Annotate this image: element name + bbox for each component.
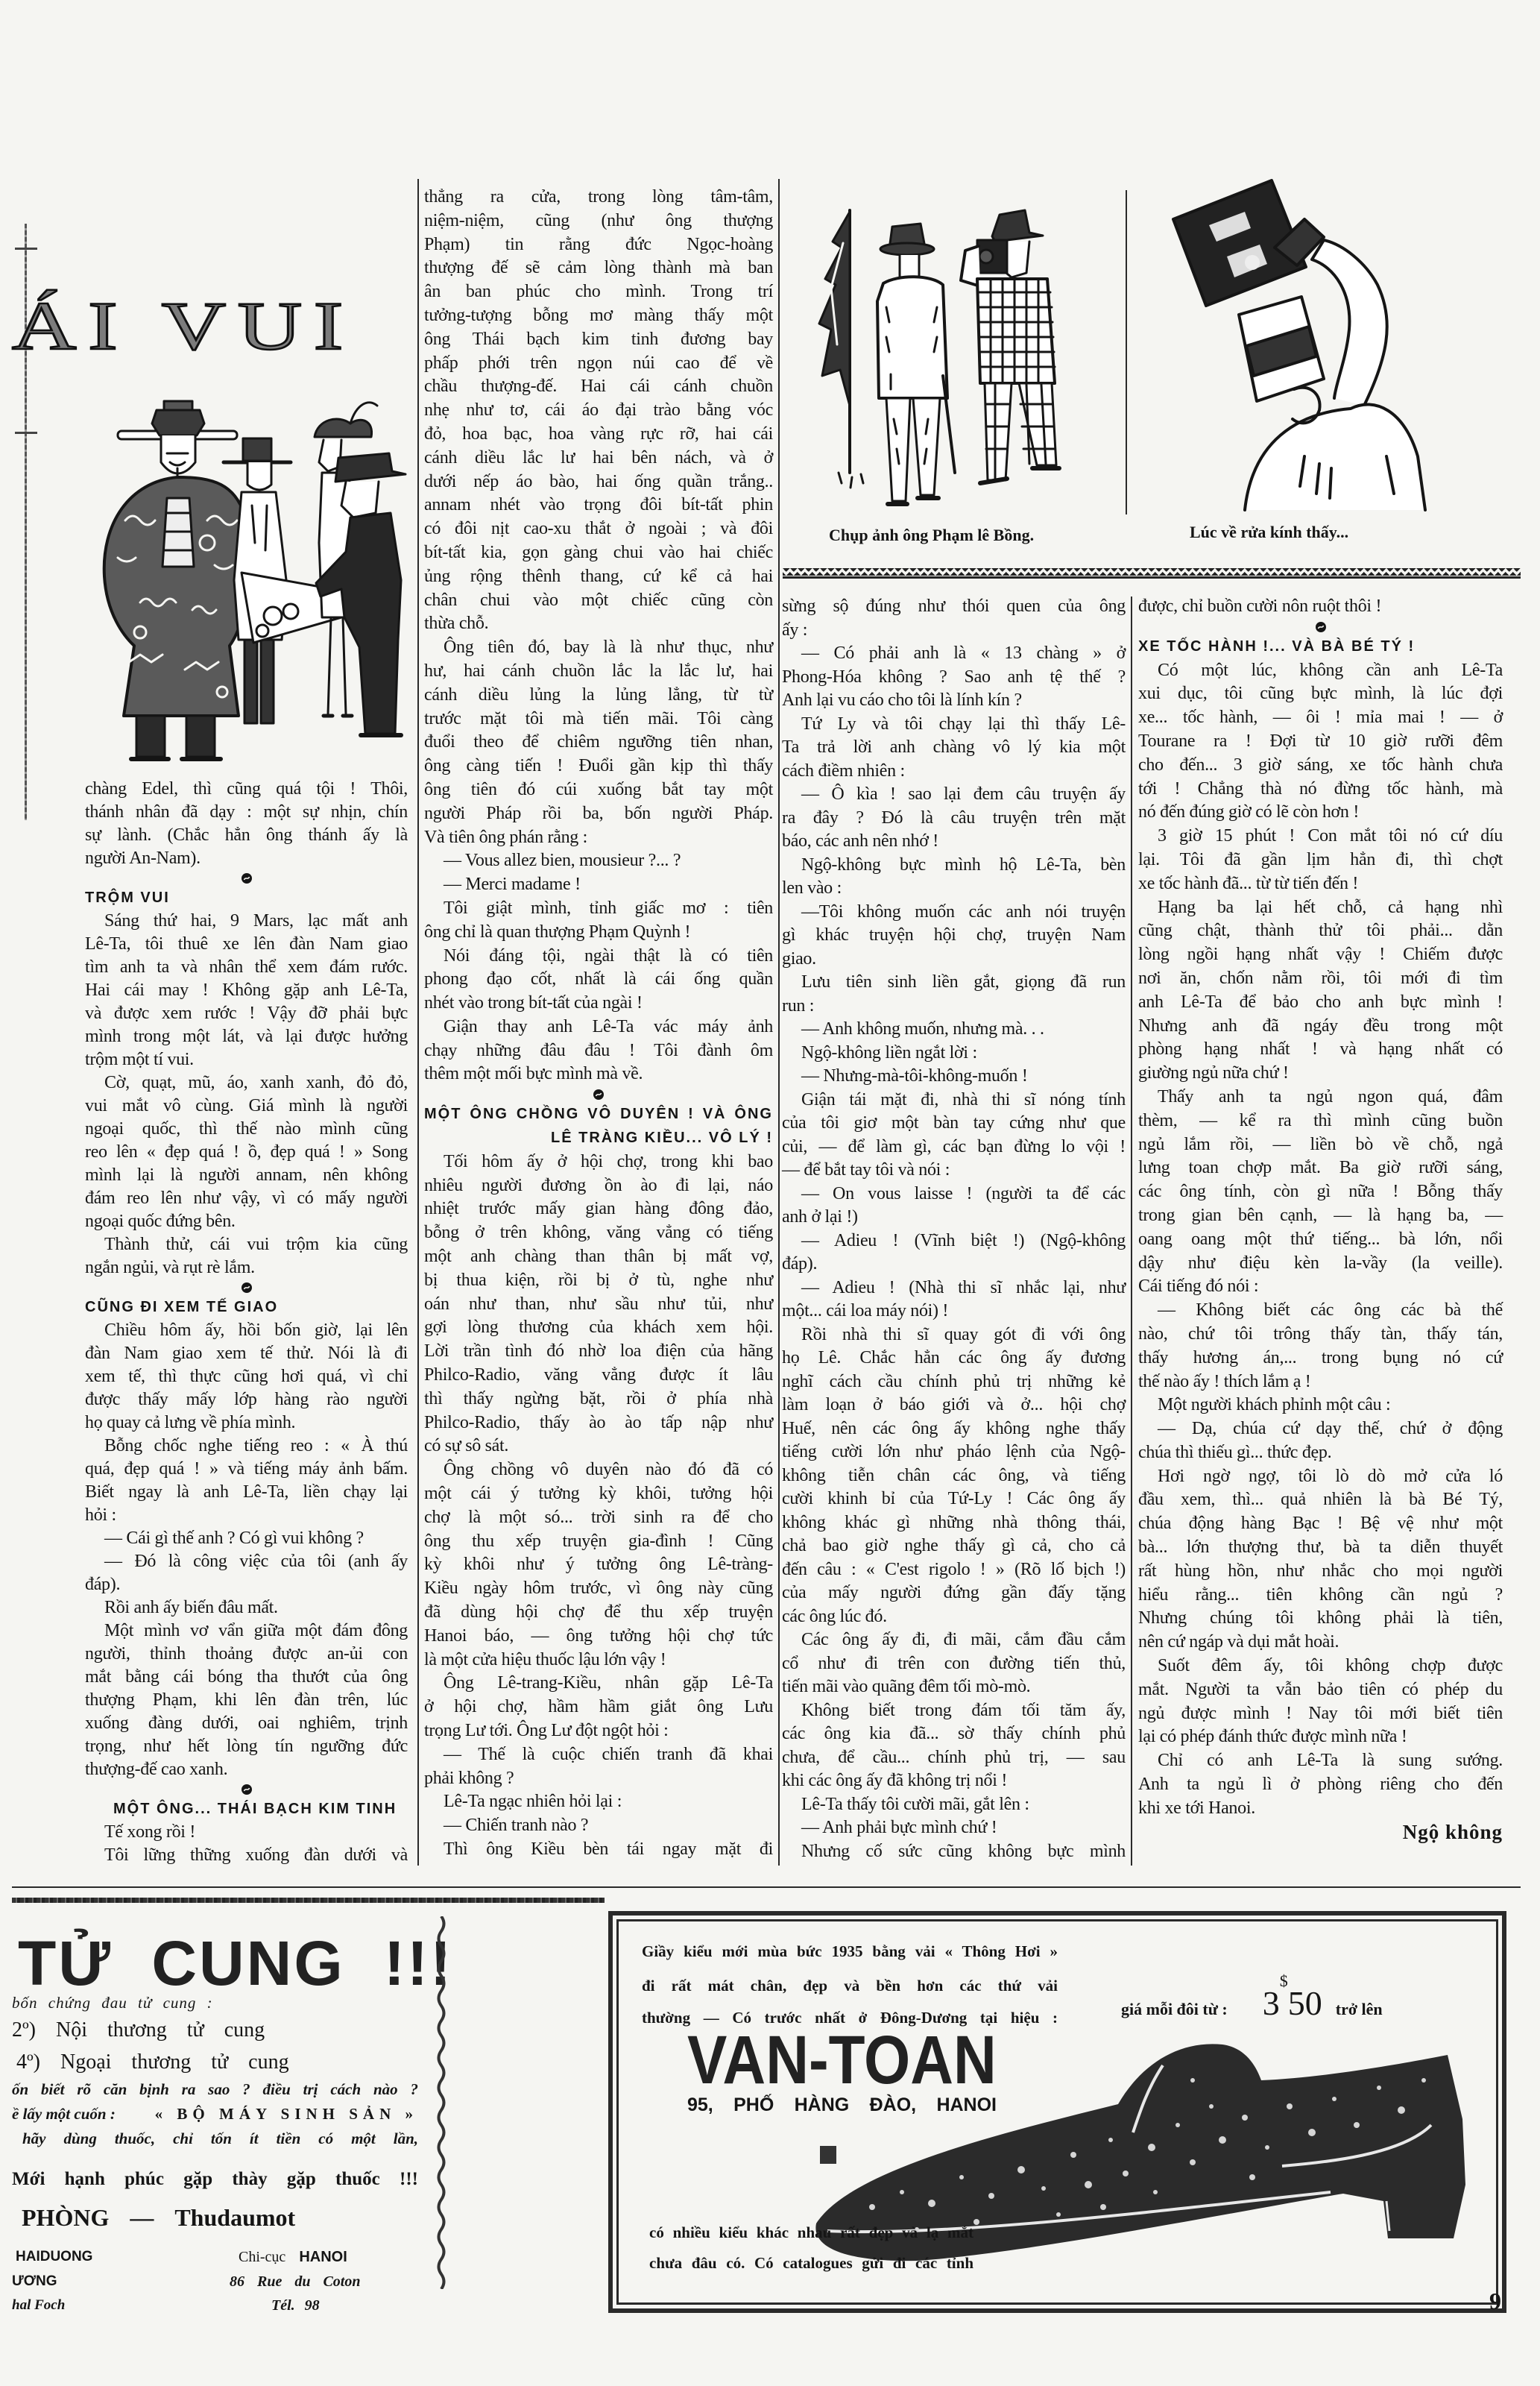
- price-minor: 50: [1288, 1984, 1322, 2022]
- text-line: cười khinh bỉ của Tứ-Ly ! Các ông ấy: [782, 1488, 1126, 1511]
- text-line: cho đến... 3 giờ sáng, xe tốc hành chưa: [1138, 754, 1503, 778]
- text-line: nào, chứ tôi trông thấy tàn, thấy tán,: [1138, 1323, 1503, 1347]
- column-2: thẳng ra cửa, trong lòng tâm-tâm,niệm-ni…: [424, 186, 773, 1862]
- text-line: mắt. Người ta vẫn bảo tiên có phép du: [1138, 1678, 1503, 1702]
- text-line: xem tế, thì thực cũng hơi quá, vì chỉ: [85, 1365, 408, 1388]
- text-line: Lưu tiên sinh liền gắt, giọng đã run: [782, 971, 1126, 995]
- text-line: chả bao giờ nghe thấy gì cả, cho cả: [782, 1534, 1126, 1558]
- text-line: — Không biết các ông các bà thế: [1138, 1299, 1503, 1323]
- text-line: Tôi lững thững xuống đàn dưới và: [85, 1844, 408, 1867]
- text-line: len vào :: [782, 877, 1126, 901]
- text-line: hư, hai cánh chuồn lắc la lắc lư, hai: [424, 660, 773, 684]
- text-line: tiến mãi vào quãng đêm tối mò-mò.: [782, 1675, 1126, 1699]
- text-line: chúa thì thiếu gì... thức đẹp.: [1138, 1441, 1503, 1465]
- column-4: được, chỉ buồn cười nôn ruột thôi !XE TỐ…: [1138, 595, 1503, 1844]
- text-line: Tourane ra ! Đợi từ 10 giờ rưỡi đêm: [1138, 730, 1503, 754]
- text-line: nó đến đúng giờ có lẽ còn hơn !: [1138, 801, 1503, 825]
- text-line: chưa, để cầu... chính phủ trị, — sau: [782, 1746, 1126, 1770]
- text-line: ngoại quốc đứng bên.: [85, 1210, 408, 1233]
- text-line: Nói đáng tội, ngài thật là có tiên: [424, 945, 773, 969]
- cartoon-caption-right: Lúc về rửa kính thấy...: [1190, 522, 1348, 543]
- photographer-cartoon-illustration: [809, 195, 1107, 523]
- ad-top-border: [12, 1898, 605, 1903]
- text-line: lại có phép đánh thức được mình nữa !: [1138, 1725, 1503, 1749]
- text-line: Thành thử, cái vui trộm kia cũng: [85, 1233, 408, 1256]
- text-line: trong gian bên cạnh, — là hạng ba, —: [1138, 1204, 1503, 1228]
- text-line: bị thua kiện, rồi bị ở tù, nghe như: [424, 1269, 773, 1293]
- column-divider: [778, 179, 780, 1866]
- text-line: một... cái loa máy nói) !: [782, 1300, 1126, 1323]
- text-line: Huế, nên các ông ấy không nghe thấy: [782, 1417, 1126, 1441]
- ornament-icon: [85, 1279, 408, 1296]
- text-line: Lê-Ta ngạc nhiên hỏi lại :: [424, 1790, 773, 1814]
- text-line: 3 giờ 15 phút ! Con mắt tôi nó cứ díu: [1138, 825, 1503, 849]
- text-line: chầu thượng-đế. Hai cái cánh chuồn: [424, 375, 773, 399]
- text-line: đỏ, hoa bạc, hoa vàng rực rỡ, hai cái: [424, 423, 773, 447]
- text-line: các ông lúc đó.: [782, 1605, 1126, 1629]
- ad-intro-line: Giầy kiểu mới mùa bức 1935 bằng vải « Th…: [642, 1942, 1058, 1961]
- text-line: dậy như điệu kèn la-vầy (la veille).: [1138, 1252, 1503, 1276]
- text-line: được thấy mấy lớp hàng rào người: [85, 1388, 408, 1411]
- text-line: cách điềm nhiên :: [782, 760, 1126, 784]
- ad-outro-line: có nhiều kiểu khác nhau rất đẹp và lạ mắ…: [649, 2223, 973, 2242]
- ad-book-title: « BỘ MÁY SINH SẢN »: [155, 2103, 418, 2124]
- text-line: đầu xem, thì... quả nhiên là bà Bé Tý,: [1138, 1488, 1503, 1512]
- section-heading: CŨNG ĐI XEM TẾ GIAO: [85, 1296, 408, 1319]
- text-line: nghĩ cách cầu chính phủ trị những kẻ: [782, 1370, 1126, 1394]
- text-line: oang oang một thứ tiếng... bà lớn, nổi: [1138, 1228, 1503, 1252]
- text-line: họ quay cả lưng về phía mình.: [85, 1411, 408, 1435]
- price-major: 3: [1263, 1984, 1280, 2022]
- text-line: họ Lê. Chắc hẳn các ông ấy đương: [782, 1347, 1126, 1370]
- text-line: — On vous laisse ! (người ta để các: [782, 1183, 1126, 1206]
- text-line: bà... lớn thượng thư, bà ta diễn thuyết: [1138, 1536, 1503, 1560]
- text-line: các ông tính, còn gì nữa ! Bỗng thấy: [1138, 1180, 1503, 1204]
- text-line: đến câu : « C'est rigolo ! » (Rõ lố bịch…: [782, 1558, 1126, 1582]
- text-line: ngủ lắm rồi, — liền bò về chỗ, ngả: [1138, 1133, 1503, 1157]
- text-line: cũng chật, thành thử tôi phải... dằn: [1138, 919, 1503, 943]
- text-line: Có một lúc, không cần anh Lê-Ta: [1138, 659, 1503, 683]
- text-line: đuổi theo để chiêm ngưỡng tiên nhan,: [424, 731, 773, 755]
- text-line: ngắn ngủi, và rụt rè lắm.: [85, 1256, 408, 1279]
- text-line: ông chỉ là quan thượng Phạm Quỳnh !: [424, 921, 773, 945]
- ad-price-value: 3$50: [1263, 1983, 1322, 2023]
- text-line: Phạm) tin rằng đức Ngọc-hoàng: [424, 233, 773, 257]
- text-line: ngoại quốc, thì thế nào mình cũng: [85, 1118, 408, 1141]
- text-line: xe tốc hành đã... từ từ tiến đến !: [1138, 872, 1503, 896]
- column-divider: [1131, 596, 1132, 1866]
- text-line: ở hội chợ, hầm hầm giắt ông Lưu: [424, 1696, 773, 1719]
- text-line: báo, các anh nên nhớ !: [782, 830, 1126, 854]
- text-line: dưới nếp áo bào, hai ống quần trắng..: [424, 470, 773, 494]
- text-line: Chỉ có anh Lê-Ta là sung sướng.: [1138, 1749, 1503, 1773]
- margin-tick: [15, 432, 37, 434]
- text-line: có đôi nịt cao-xu thắt ở ngoài ; và đôi: [424, 517, 773, 541]
- text-line: mắt bằng cái bóng tha thướt của ông: [85, 1666, 408, 1689]
- text-line: nhét vào trong bít-tất của ngài !: [424, 992, 773, 1016]
- text-line: Và tiên ông phán rằng :: [424, 826, 773, 850]
- ad-price-prefix: giá mỗi đôi từ :: [1121, 2000, 1228, 2019]
- text-line: Philco-Radio, văng vẳng được ít lâu: [424, 1364, 773, 1388]
- text-line: người Pháp rồi ba, bốn người Pháp.: [424, 802, 773, 826]
- text-line: đáp).: [782, 1253, 1126, 1277]
- text-line: là một cửa hiệu thuốc lậu lớn vậy !: [424, 1649, 773, 1672]
- section-heading: LÊ TRÀNG KIỀU... VÔ LÝ !: [424, 1127, 773, 1150]
- text-line: thế nào ấy ! thích lắm ạ !: [1138, 1370, 1503, 1394]
- text-line: ông càng tiến ! Đuổi gần kịp thì thấy: [424, 755, 773, 778]
- text-line: annam nhét vào trọng đôi bít-tất phin: [424, 494, 773, 517]
- column-divider: [417, 179, 419, 1866]
- text-line: kỳ khôi như ý tưởng ông Lê-tràng-: [424, 1553, 773, 1577]
- text-line: chân chui vào một chiếc cũng còn: [424, 589, 773, 613]
- text-line: một anh chàng than thân bị mất vợ,: [424, 1245, 773, 1269]
- zigzag-rule-base: [783, 576, 1521, 579]
- price-currency: $: [1280, 1971, 1288, 1990]
- text-line: bít-tất kia, gọn gàng chui vào hai chiếc: [424, 541, 773, 565]
- margin-tick: [15, 248, 37, 250]
- text-line: — Anh phải bực mình chứ !: [782, 1816, 1126, 1840]
- text-line: mình trong một lát, và lại được hưởng: [85, 1025, 408, 1048]
- text-line: nơi ăn, chốn nằm rồi, tôi mới đi tìm: [1138, 967, 1503, 991]
- text-line: Ta trả lời anh chàng vô lý kia một: [782, 736, 1126, 760]
- ad-city: Thudaumot: [174, 2203, 295, 2232]
- text-line: — Vous allez bien, mousieur ?... ?: [424, 849, 773, 873]
- text-line: nhiệt trước mấy gian hàng đông đảo,: [424, 1197, 773, 1221]
- text-line: phong đạo cốt, nhất là cái ống quần: [424, 968, 773, 992]
- text-line: khi các ông ấy đã không trị nổi !: [782, 1769, 1126, 1793]
- text-line: không tiễn chân các ông, và tiếng: [782, 1464, 1126, 1488]
- text-line: ông thu xếp truyện gia-đình ! Cũng: [424, 1530, 773, 1554]
- text-line: — Anh không muốn, nhưng mà. . .: [782, 1018, 1126, 1042]
- text-line: Biết ngay là anh Lê-Ta, liền chạy lại: [85, 1481, 408, 1504]
- text-line: thêm một mối bực mình mà về.: [424, 1063, 773, 1086]
- page-title: ÁI VUI: [12, 292, 355, 360]
- text-line: — để bắt tay tôi và nói :: [782, 1159, 1126, 1183]
- section-heading: XE TỐC HÀNH !... VÀ BÀ BÉ TÝ !: [1138, 635, 1503, 659]
- ad-item: 2º) Nội thương tử cung: [12, 2018, 265, 2043]
- text-line: Tối hôm ấy ở hội chợ, trong khi bao: [424, 1150, 773, 1174]
- text-line: thượng Phạm, khi lên đàn trên, lúc: [85, 1689, 408, 1712]
- text-line: Anh ta ngủ lì ở phòng riêng cho đến: [1138, 1773, 1503, 1797]
- text-line: Rồi anh ấy biến đâu mất.: [85, 1596, 408, 1619]
- text-line: —Tôi không muốn các anh nói truyện: [782, 901, 1126, 925]
- ad-pharmacy: PHÒNG: [22, 2203, 109, 2232]
- section-heading: TRỘM VUI: [85, 887, 408, 910]
- ad-branch-left: ƯƠNG: [12, 2273, 57, 2291]
- text-line: nhiêu người đương ồn ào đi lại, náo: [424, 1174, 773, 1198]
- text-line: nhẹ như tơ, cái áo đại trào bằng vóc: [424, 399, 773, 423]
- text-line: thánh nhân đã dạy : một sự nhịn, chín: [85, 801, 408, 824]
- text-line: — Ô kìa ! sao lại đem câu truyện ấy: [782, 783, 1126, 807]
- text-line: Lê-Ta, tôi thuê xe lên đàn Nam giao: [85, 933, 408, 956]
- text-line: Nhưng anh đã ngáy đều trong một: [1138, 1015, 1503, 1039]
- text-line: anh ở lại !): [782, 1206, 1126, 1230]
- text-line: ngủ được mình ! Nay tôi mới biết tiên: [1138, 1702, 1503, 1726]
- text-line: — Chiến tranh nào ?: [424, 1814, 773, 1838]
- ad-branch-phone: Tél. 98: [271, 2297, 320, 2314]
- text-line: không khác gì những nhà thông thái,: [782, 1511, 1126, 1535]
- text-line: ông Thái bạch kim tinh đương bay: [424, 328, 773, 352]
- ad-question: ốn biết rõ căn bịnh ra sao ? điều trị cá…: [12, 2079, 418, 2100]
- page-number: 9: [1489, 2288, 1501, 2314]
- section-heading: MỘT ÔNG CHỒNG VÔ DUYÊN ! VÀ ÔNG: [424, 1103, 773, 1127]
- text-line: phòng hạng nhất ! và hạng nhất có: [1138, 1038, 1503, 1062]
- ornament-icon: [1138, 619, 1503, 635]
- text-line: chợ là một só... trời sinh ra để cho: [424, 1506, 773, 1530]
- wavy-border: [435, 1916, 447, 2289]
- text-line: thì thấy ngừng bặt, rồi ở phía nhà: [424, 1388, 773, 1411]
- ornament-icon: [85, 1781, 408, 1798]
- text-line: gợi lòng thương của khách xem hội.: [424, 1316, 773, 1340]
- text-line: thấy hương án,... trong bụng nó cứ: [1138, 1347, 1503, 1370]
- text-line: lại. Tôi đã gần lịm hẳn đi, thì chợt: [1138, 849, 1503, 872]
- zigzag-rule: [783, 568, 1521, 576]
- text-line: run :: [782, 995, 1126, 1019]
- text-line: Không biết trong đám tối tăm ấy,: [782, 1699, 1126, 1723]
- text-line: Suốt đêm ấy, tôi không chợp được: [1138, 1655, 1503, 1678]
- text-line: reo lên « đẹp quá ! ồ, đẹp quá ! » Song: [85, 1141, 408, 1164]
- text-line: đám reo lên như vậy, vì có mấy người: [85, 1187, 408, 1210]
- text-line: chúa động hàng Bạc ! Bệ vệ như một: [1138, 1512, 1503, 1536]
- text-line: ủng rộng thênh thang, cứ kể cả hai: [424, 565, 773, 589]
- text-line: hỏi :: [85, 1504, 408, 1527]
- text-line: cổ như đi trên con đường tiến thủ,: [782, 1652, 1126, 1676]
- text-line: Một mình vơ vẩn giữa một đám đông: [85, 1619, 408, 1643]
- text-line: người An-Nam).: [85, 847, 408, 870]
- text-line: Một người khách phỉnh một câu :: [1138, 1394, 1503, 1417]
- text-line: anh Lê-Ta để bảo cho anh bực mình !: [1138, 991, 1503, 1015]
- ad-slogan: Mới hạnh phúc gặp thày gặp thuốc !!!: [12, 2168, 418, 2191]
- text-line: Rồi nhà thi sĩ quay gót đi với ông: [782, 1323, 1126, 1347]
- text-line: Philco-Radio, thấy ào ào tấp nập như: [424, 1411, 773, 1435]
- text-line: Lời trần tình đó nhờ loa điện của hãng: [424, 1340, 773, 1364]
- text-line: thẳng ra cửa, trong lòng tâm-tâm,: [424, 186, 773, 210]
- text-line: nên cứ ngáp và dụi mắt hoài.: [1138, 1631, 1503, 1655]
- text-line: — Thế là cuộc chiến tranh đã khai: [424, 1743, 773, 1767]
- text-line: Cờ, quạt, mũ, áo, xanh xanh, đỏ đỏ,: [85, 1071, 408, 1095]
- ad-intro: bốn chứng đau tử cung :: [12, 1993, 213, 2012]
- text-line: quá, đẹp quá ! » và tiếng máy ảnh bấm.: [85, 1458, 408, 1481]
- text-line: Tôi giật mình, tỉnh giấc mơ : tiên: [424, 897, 773, 921]
- text-line: ông tiên đó cúi xuống bắt tay một: [424, 778, 773, 802]
- text-line: có sự sô sát.: [424, 1435, 773, 1458]
- text-line: tới ! Chẳng thà nó đừng tốc hành, mà: [1138, 778, 1503, 802]
- text-line: được, chỉ buồn cười nôn ruột thôi !: [1138, 595, 1503, 619]
- ad-branch-right: Chi-cục HANOI: [239, 2248, 347, 2266]
- text-line: các ông kia đã... sờ thấy chính phủ: [782, 1722, 1126, 1746]
- text-line: Ngộ-không liền ngắt lời :: [782, 1042, 1126, 1065]
- text-line: xui dục, tôi cũng bực mình, là lúc đợi: [1138, 682, 1503, 706]
- text-line: — Cái gì thế anh ? Có gì vui không ?: [85, 1527, 408, 1550]
- ad-pharmacy-line: PHÒNG — Thudaumot: [22, 2203, 295, 2232]
- text-line: lưng toan chợp mắt. Ba giờ rưỡi sáng,: [1138, 1156, 1503, 1180]
- text-line: thừa chỗ.: [424, 612, 773, 636]
- text-line: Hanoi báo, — ông tưởng hội chợ tức: [424, 1625, 773, 1649]
- text-line: giường ngủ nữa chứ !: [1138, 1062, 1503, 1086]
- text-line: Bỗng chốc nghe tiếng reo : « À thú: [85, 1435, 408, 1458]
- text-line: phấp phới trên ngọn núi cao để về: [424, 352, 773, 376]
- column-3: sừng sộ đúng như thói quen của ôngấy :— …: [782, 595, 1126, 1863]
- text-line: phải không ?: [424, 1767, 773, 1791]
- ad-intro-line: đi rất mát chân, đẹp và bền hơn các thứ …: [642, 1976, 1058, 1995]
- text-line: và được xem rước ! Vậy đỡ phải bực: [85, 1002, 408, 1025]
- text-line: Hai cái may ! Không gặp anh Lê-Ta,: [85, 979, 408, 1002]
- ornament-icon: [85, 870, 408, 887]
- author-signature: Ngộ không: [1138, 1821, 1503, 1845]
- text-line: bỗng ở trên không, văng vẳng có tiếng: [424, 1221, 773, 1245]
- text-line: tiếng cười lớn như pháo lệnh của Ngộ-: [782, 1441, 1126, 1464]
- text-line: ân ban phúc cho mình. Trong trí: [424, 280, 773, 304]
- text-line: trọng, như hết lòng tín ngưỡng đức: [85, 1735, 408, 1758]
- ad-branch-city: HANOI: [299, 2248, 347, 2266]
- text-line: của tôi giơ một bàn tay cứng như que: [782, 1112, 1126, 1136]
- cartoon-caption-left: Chụp ảnh ông Phạm lê Bồng.: [829, 525, 1034, 546]
- mandarin-illustration: [95, 394, 408, 767]
- ad-book-line: ề lấy một cuốn : « BỘ MÁY SINH SẢN »: [12, 2103, 418, 2124]
- text-line: Tế xong rồi !: [85, 1821, 408, 1844]
- text-line: đàn Nam giao xem tế thử. Nói là đi: [85, 1342, 408, 1365]
- text-line: Lê-Ta thấy tôi cười mãi, gắt lên :: [782, 1793, 1126, 1817]
- text-line: hiểu rằng... tiên không cần ngủ ?: [1138, 1584, 1503, 1608]
- text-line: Các ông ấy đi, đi mãi, cắm đầu cắm: [782, 1628, 1126, 1652]
- text-line: trước mặt tôi mà tiến mãi. Tôi càng: [424, 708, 773, 731]
- text-line: Sáng thứ hai, 9 Mars, lạc mất anh: [85, 910, 408, 933]
- text-line: người, thỉnh thoảng được an-ủi con: [85, 1643, 408, 1666]
- ad-branch-label: Chi-cục: [239, 2248, 285, 2266]
- text-line: — Adieu ! (Vĩnh biệt !) (Ngộ-không: [782, 1230, 1126, 1253]
- text-line: rất hùng hồn, như nhắc cho mọi người: [1138, 1560, 1503, 1584]
- text-line: thượng-đế cao xanh.: [85, 1758, 408, 1781]
- text-line: khi xe tới Hanoi.: [1138, 1797, 1503, 1821]
- text-line: lòng ngồi hạng nhất vậy ! Chiếm được: [1138, 943, 1503, 967]
- text-line: trọng Lư tới. Ông Lư đột ngột hỏi :: [424, 1719, 773, 1743]
- text-line: chạy những đâu đâu ! Tôi đành ôm: [424, 1039, 773, 1063]
- ad-branch-address: 86 Rue du Coton: [230, 2273, 360, 2291]
- text-line: mình lại là người annam, nên không: [85, 1164, 408, 1187]
- text-line: vui mắt vô cùng. Giá mình là người: [85, 1095, 408, 1118]
- ad-advice: hãy dùng thuốc, chỉ tốn ít tiền có một l…: [22, 2128, 418, 2149]
- text-line: Hơi ngờ ngợ, tôi lò dò mở cửa ló: [1138, 1465, 1503, 1489]
- text-line: Anh lại vu cáo cho tôi là lính kín ?: [782, 689, 1126, 713]
- text-line: — Nhưng-mà-tôi-không-muốn !: [782, 1065, 1126, 1089]
- photo-negative-cartoon-illustration: [1163, 173, 1446, 516]
- text-line: trộm một tí vui.: [85, 1048, 408, 1071]
- text-line: của mấy người đứng gần đấy tặng: [782, 1581, 1126, 1605]
- text-line: giao.: [782, 948, 1126, 972]
- ad-dash: —: [130, 2203, 154, 2232]
- text-line: đáp).: [85, 1573, 408, 1596]
- ad-item: 4º) Ngoại thương tử cung: [16, 2050, 289, 2075]
- text-line: tưởng-tượng bỗng mơ màng thấy một: [424, 304, 773, 328]
- section-rule: [12, 1886, 1521, 1888]
- text-line: cánh diều lắc lư hai bên nách, và ở: [424, 447, 773, 470]
- text-line: thèm, — kể ra thì mình cũng buồn: [1138, 1109, 1503, 1133]
- text-line: sừng sộ đúng như thói quen của ông: [782, 595, 1126, 619]
- text-line: làm loạn ở báo giới và ở... hội chợ: [782, 1394, 1126, 1417]
- text-line: Nhưng chúng tôi không phải là tiên,: [1138, 1607, 1503, 1631]
- text-line: — Dạ, chúa cứ dạy thế, chứ ở động: [1138, 1417, 1503, 1441]
- text-line: Phong-Hóa không ? Sao anh tệ thế ?: [782, 666, 1126, 690]
- text-line: cánh diều lủng la lủng lẳng, từ từ: [424, 684, 773, 708]
- text-line: một cái ý tưởng kỳ khôi, tưởng hội: [424, 1482, 773, 1506]
- text-line: Ngộ-không bực mình hộ Lê-Ta, bèn: [782, 854, 1126, 878]
- text-line: — Có phải anh là « 13 chàng » ở: [782, 642, 1126, 666]
- text-line: Tứ Ly và tôi chạy lại thì thấy Lê-: [782, 713, 1126, 737]
- text-line: ra đây ? Đó là câu truyện trên mặt: [782, 807, 1126, 831]
- text-line: Ông tiên đó, bay là là như thục, như: [424, 636, 773, 660]
- text-line: tìm anh ta và nhân thể xem đám rước.: [85, 956, 408, 979]
- ornament-icon: [424, 1086, 773, 1103]
- section-heading: MỘT ÔNG... THÁI BẠCH KIM TINH: [85, 1798, 408, 1821]
- text-line: — Adieu ! (Nhà thi sĩ nhắc lại, như: [782, 1277, 1126, 1300]
- text-line: xuống đàng dưới, oai nghiêm, trịnh: [85, 1712, 408, 1735]
- ad-price-suffix: trở lên: [1336, 2000, 1383, 2019]
- text-line: Nhưng cố sức cũng không bực mình: [782, 1840, 1126, 1864]
- text-line: củi, — để làm gì, các bạn đừng lo vội !: [782, 1136, 1126, 1159]
- text-line: oán như than, như sầu như tủi, như: [424, 1293, 773, 1317]
- text-line: Ông Lê-trang-Kiều, nhân gặp Lê-Ta: [424, 1672, 773, 1696]
- ad-outro-line: chưa đâu có. Có catalogues gửi đi các tỉ…: [649, 2253, 973, 2273]
- text-line: Cái tiếng đó nói :: [1138, 1275, 1503, 1299]
- text-line: gì khác truyện hội chợ, truyện Nam: [782, 924, 1126, 948]
- text-line: Chiều hôm ấy, hồi bốn giờ, lại lên: [85, 1319, 408, 1342]
- text-line: chàng Edel, thì cũng quá tội ! Thôi,: [85, 778, 408, 801]
- text-line: niệm-niệm, cũng (như ông thượng: [424, 210, 773, 233]
- text-line: Thấy anh ta ngủ ngon quá, đâm: [1138, 1086, 1503, 1109]
- text-line: Giận tái mặt đi, nhà thi sĩ nóng tính: [782, 1089, 1126, 1112]
- text-line: Kiều ngày hôm trước, vì ông này cũng: [424, 1577, 773, 1601]
- text-line: thượng đế sẽ cảm lòng thành mà ban: [424, 256, 773, 280]
- text-line: — Đó là công việc của tôi (anh ấy: [85, 1550, 408, 1573]
- panel-divider: [1126, 190, 1127, 514]
- text-line: Hạng ba lại hết chỗ, cả hạng nhì: [1138, 896, 1503, 920]
- text-line: Thì ông Kiều bèn tái ngay mặt đi: [424, 1838, 773, 1862]
- ad-headline: TỬ CUNG !!!: [18, 1932, 453, 1995]
- text-line: Giận thay anh Lê-Ta vác máy ảnh: [424, 1016, 773, 1039]
- ad-price: giá mỗi đôi từ : 3$50 trở lên: [1121, 1983, 1383, 2023]
- text-line: sự lành. (Chắc hẳn ông thánh ấy là: [85, 824, 408, 847]
- text-line: Ông chồng vô duyên nào đó đã có: [424, 1458, 773, 1482]
- ad-book-prefix: ề lấy một cuốn :: [12, 2103, 116, 2124]
- ad-branch-left: HAIDUONG: [16, 2248, 92, 2266]
- ad-branch-left: hal Foch: [12, 2297, 65, 2314]
- text-line: đã dùng hội chợ để thu xếp truyện: [424, 1601, 773, 1625]
- column-1: chàng Edel, thì cũng quá tội ! Thôi,thán…: [85, 778, 408, 1867]
- text-line: — Merci madame !: [424, 873, 773, 897]
- text-line: xe... tốc hành, — ôi ! mỉa mai ! — ở: [1138, 706, 1503, 730]
- text-line: ấy :: [782, 619, 1126, 643]
